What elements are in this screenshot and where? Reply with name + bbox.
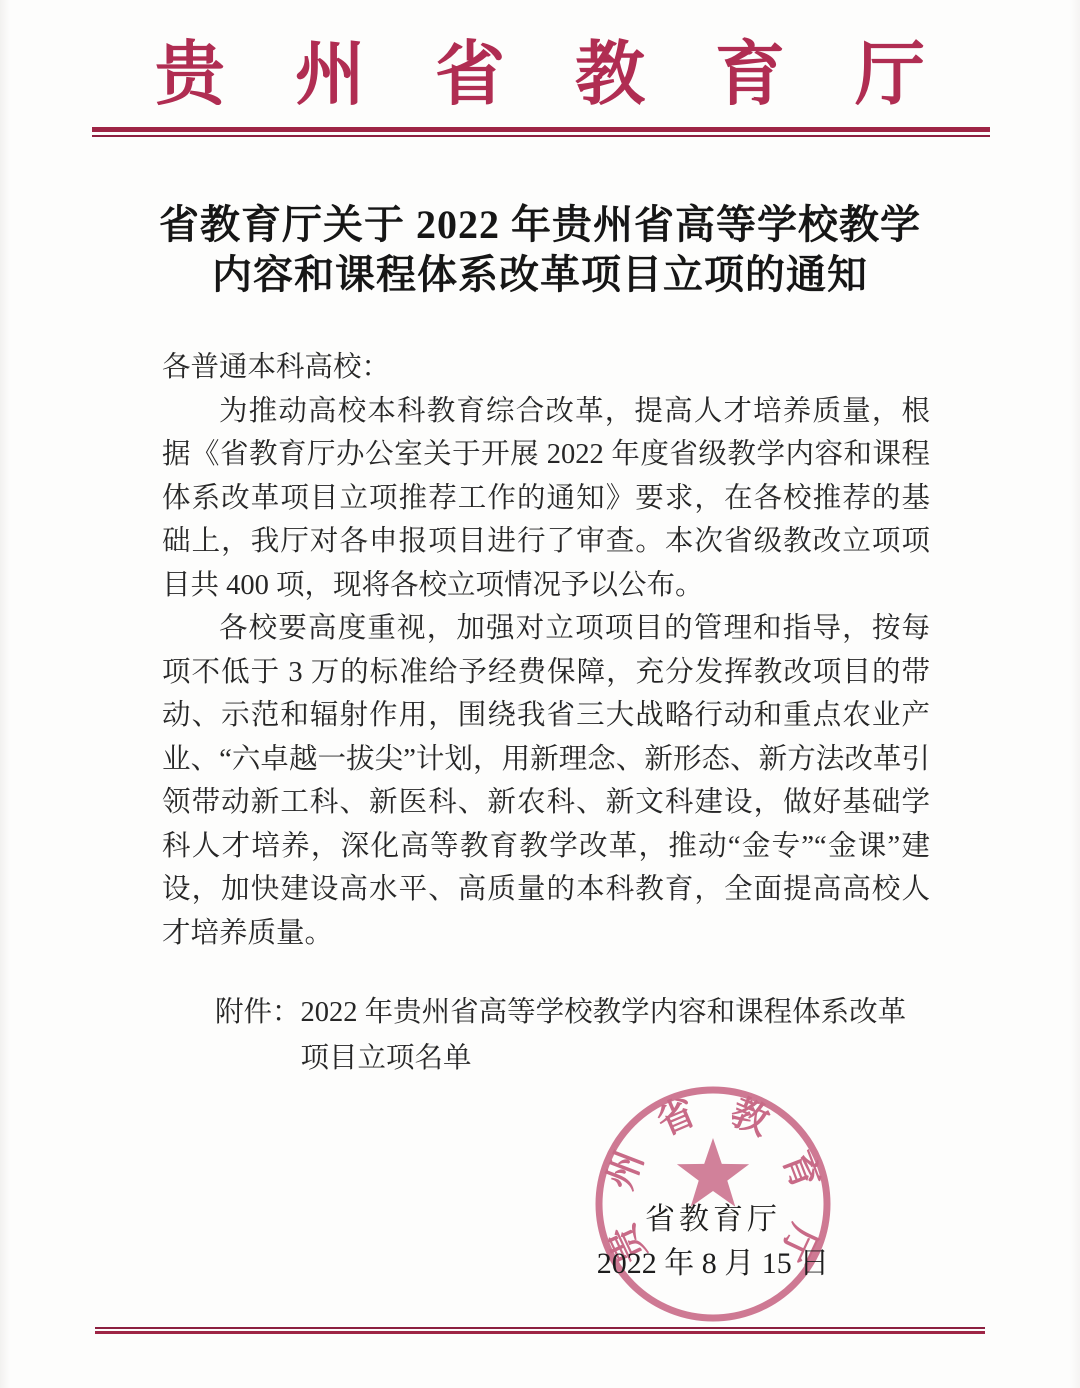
signature-agency: 省教育厅 (518, 1198, 908, 1242)
document-title-line2: 内容和课程体系改革项目立项的通知 (90, 250, 990, 300)
document-title: 省教育厅关于 2022 年贵州省高等学校教学 内容和课程体系改革项目立项的通知 (90, 200, 990, 300)
signature-date: 2022 年 8 月 15 日 (518, 1242, 908, 1286)
svg-text:省: 省 (651, 1091, 701, 1144)
attachment-content: 2022 年贵州省高等学校教学内容和课程体系改革 项目立项名单 (301, 990, 907, 1082)
paragraph-2: 各校要高度重视，加强对立项项目的管理和指导，按每项不低于 3 万的标准给予经费保… (162, 607, 930, 955)
attachment-label: 附件： (215, 990, 301, 1036)
signature-block: 省教育厅 2022 年 8 月 15 日 (518, 1198, 908, 1286)
footer-rule (95, 1327, 985, 1336)
header-rule-thin (92, 135, 990, 137)
svg-text:教: 教 (724, 1091, 775, 1145)
attachment-line1: 2022 年贵州省高等学校教学内容和课程体系改革 (301, 990, 907, 1036)
agency-name: 贵州省教育厅 (0, 30, 1080, 122)
svg-text:育: 育 (775, 1146, 827, 1196)
document-title-line1: 省教育厅关于 2022 年贵州省高等学校教学 (90, 200, 990, 250)
document-page: 贵州省教育厅 省教育厅关于 2022 年贵州省高等学校教学 内容和课程体系改革项… (0, 0, 1080, 1388)
salutation: 各普通本科高校： (162, 346, 930, 390)
footer-rule-thick (95, 1331, 985, 1334)
seal-star-icon (677, 1138, 749, 1207)
attachment-note: 附件： 2022 年贵州省高等学校教学内容和课程体系改革 项目立项名单 (215, 990, 935, 1082)
paragraph-1: 为推动高校本科教育综合改革，提高人才培养质量，根据《省教育厅办公室关于开展 20… (162, 390, 930, 608)
header-rule (92, 127, 990, 139)
document-body: 各普通本科高校： 为推动高校本科教育综合改革，提高人才培养质量，根据《省教育厅办… (162, 346, 930, 955)
